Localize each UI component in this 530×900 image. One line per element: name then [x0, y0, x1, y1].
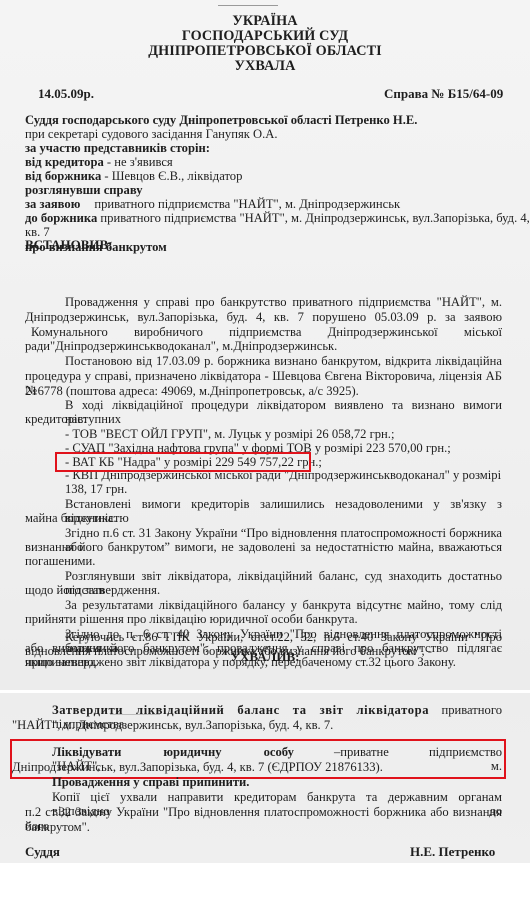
- p7-line-1: За результатами ліквідаційного балансу у…: [65, 598, 502, 612]
- decision-4-line-3: банкрутом".: [25, 820, 90, 834]
- document-date: 14.05.09р.: [38, 87, 94, 101]
- decision-4-line-2: п.2 ст.32 Закону України "Про відновленн…: [25, 805, 502, 833]
- creditor-line: від кредитора - не з'явився: [25, 155, 173, 169]
- to-debtor-line: до боржника приватного підприємства "НАЙ…: [25, 211, 530, 225]
- case-number: Справа № Б15/64-09: [384, 87, 503, 101]
- p2-line-1: Постановою від 17.03.09 р. боржника визн…: [65, 354, 502, 368]
- p9-line-1: Керуючись ст.86 ГПК України, ст.ст.22, 3…: [65, 630, 502, 644]
- application-value: приватного підприємства "НАЙТ", м. Дніпр…: [94, 197, 400, 211]
- highlight-box-creditor: [55, 452, 311, 472]
- participation-label: за участю представників сторін:: [25, 141, 210, 155]
- creditor-item-4-cont: 138, 17 грн.: [65, 482, 127, 496]
- p4-line-1: Встановлені вимоги кредиторів залишились…: [65, 497, 502, 525]
- p7-line-2: прийняти рішення про ліквідацію юридично…: [25, 612, 358, 626]
- decided-heading: УХВАЛИВ:: [0, 650, 530, 664]
- p2-line-3: 216778 (поштова адреса: 49069, м.Дніпроп…: [25, 384, 359, 398]
- p4-line-2: майна боржника.: [25, 511, 117, 525]
- application-label: за заявою: [25, 197, 80, 211]
- judge-line: Суддя господарського суду Дніпропетровсь…: [25, 113, 417, 127]
- creditor-value: - не з'явився: [104, 155, 173, 169]
- debtor-label: від боржника: [25, 169, 101, 183]
- highlight-box-liquidation: [10, 739, 506, 779]
- considered-label: розглянувши справу: [25, 183, 143, 197]
- p1-line-3: Комунального виробничого підприємства Дн…: [31, 325, 502, 339]
- header-court: ГОСПОДАРСЬКИЙ СУД: [0, 29, 530, 44]
- signature-name: Н.Е. Петренко: [410, 845, 495, 859]
- p3-line-2: кредиторів:: [25, 412, 87, 426]
- to-debtor-value: приватного підприємства "НАЙТ", м. Дніпр…: [97, 211, 530, 225]
- creditor-label: від кредитора: [25, 155, 104, 169]
- established-heading: ВСТАНОВИВ:: [25, 238, 112, 252]
- header-country: УКРАЇНА: [0, 14, 530, 29]
- header-region: ДНІПРОПЕТРОВСЬКОЇ ОБЛАСТІ: [0, 44, 530, 59]
- decision-1-line-2: "НАЙТ", м. Дніпродзержинськ, вул.Запоріз…: [12, 718, 333, 732]
- to-debtor-label: до боржника: [25, 211, 97, 225]
- signature-label: Суддя: [25, 845, 60, 859]
- decision-1-bold: Затвердити ліквідаційний баланс та звіт …: [52, 703, 429, 717]
- p6-line-2: щодо його затвердження.: [25, 583, 160, 597]
- document-title: УХВАЛА: [0, 59, 530, 74]
- top-rule: [218, 5, 278, 6]
- p5-line-3: погашеними.: [25, 554, 95, 568]
- p1-line-4: ради"Дніпродзержинськводоканал", м.Дніпр…: [25, 339, 337, 353]
- creditor-item-1: - ТОВ "ВЕСТ ОЙЛ ГРУП", м. Луцьк у розмір…: [65, 427, 394, 441]
- decision-3: Провадження у справі припинити.: [52, 775, 249, 789]
- p1-line-2: Дніпродзержинськ, вул.Запорізька, буд. 4…: [25, 310, 502, 324]
- debtor-value: - Шевцов Є.В., ліквідатор: [101, 169, 242, 183]
- application-line: за заявоюприватного підприємства "НАЙТ",…: [25, 197, 400, 211]
- p1-line-1: Провадження у справі про банкрутство при…: [65, 295, 502, 309]
- secretary-line: при секретарі судового засідання Ганупяк…: [25, 127, 278, 141]
- p3-line-1: В ході ліквідаційної процедури ліквідато…: [65, 398, 502, 426]
- p5-line-2: визнання його банкрутом” вимоги, не задо…: [25, 540, 502, 554]
- debtor-line: від боржника - Шевцов Є.В., ліквідатор: [25, 169, 242, 183]
